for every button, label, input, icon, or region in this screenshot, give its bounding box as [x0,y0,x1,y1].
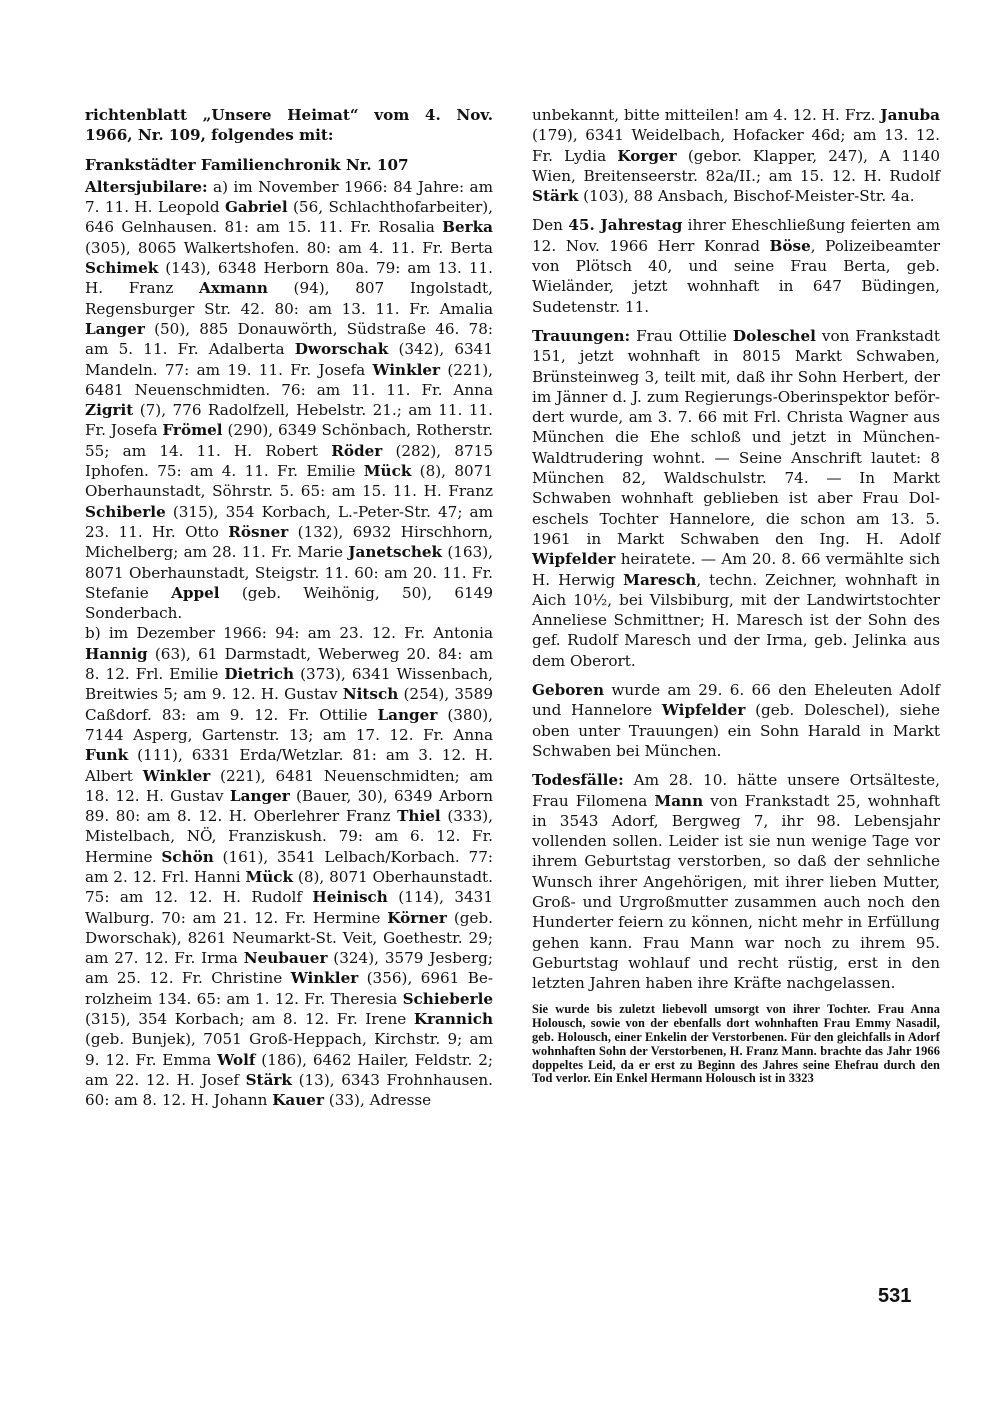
bold-text: 45. Jahrestag [568,216,682,234]
text-run: von Frank­stadt 25, wohnhaft in 3543 Ado… [532,792,940,993]
bold-text: Krannich [414,1010,493,1028]
bold-text: richtenblatt „Unsere Heimat“ vom 4. Nov.… [85,106,493,144]
paragraph: b) im Dezember 1966: 94: am 23. 12. Fr. … [85,623,493,1110]
bold-text: Rösner [228,523,288,541]
bold-text: Janetschek [348,543,442,561]
bold-text: Geboren [532,681,604,699]
bold-text: Langer [377,706,437,724]
bold-text: Schön [161,848,213,866]
bold-text: Nitsch [343,685,399,703]
bold-text: Mück [245,868,293,886]
right-column: unbekannt, bitte mitteilen! am 4. 12. H.… [532,105,940,1095]
paragraph: Den 45. Jahrestag ihrer Eheschließung fe… [532,215,940,316]
bold-text: Wolf [217,1051,255,1069]
text-run: b) im Dezember 1966: 94: am 23. 12. Fr. … [85,624,493,642]
paragraph: Geboren wurde am 29. 6. 66 den Eheleuten… [532,680,940,761]
bold-text: Thiel [397,807,441,825]
bold-text: Korger [617,147,676,165]
bold-text: Mück [364,462,412,480]
bold-text: Maresch [623,571,696,589]
text-run: (315), 354 Korbach; am 8. 12. Fr. Irene [85,1010,414,1028]
paragraph: unbekannt, bitte mitteilen! am 4. 12. H.… [532,105,940,206]
bold-text: Trauungen: [532,327,630,345]
bold-text: Hannig [85,645,148,663]
bold-text: Zigrit [85,401,133,419]
bold-text: Röder [331,442,382,460]
paragraph: Todesfälle: Am 28. 10. hätte unsere Orts… [532,770,940,993]
bold-text: Dworschak [295,340,389,358]
bold-text: Frömel [162,421,222,439]
bold-text: Langer [230,787,290,805]
left-column: richtenblatt „Unsere Heimat“ vom 4. Nov.… [85,105,493,1120]
text-run: Frau Ottilie [630,327,733,345]
text-run: unbekannt, bitte mitteilen! am 4. 12. H.… [532,106,880,124]
bold-text: Januba [880,106,940,124]
text-run: (305), 8065 Walkertshofen. 80: am 4. 11.… [85,239,493,257]
bold-text: Wipfelder [662,701,745,719]
page-number: 531 [878,1285,911,1308]
bold-text: Körner [387,909,447,927]
paragraph: Frankstädter Familienchronik Nr. 107 [85,155,493,175]
bold-text: Langer [85,320,145,338]
bold-text: Winkler [372,361,440,379]
bold-text: Stärk [532,187,578,205]
text-run: Den [532,216,568,234]
text-run: (103), 88 Ansbach, Bischof-Meister-Str. … [578,187,914,205]
bold-text: Winkler [143,767,211,785]
text-run: von Frankstadt 151, jetzt wohnhaft in 80… [532,327,940,548]
bold-text: Schieberle [403,990,493,1008]
bold-text: Stärk [246,1071,292,1089]
bold-text: Gabriel [225,198,288,216]
text-run: (33), Adresse [324,1091,431,1109]
bold-text: Mann [654,792,703,810]
bold-text: Böse [770,237,811,255]
bold-text: Doleschel [733,327,816,345]
bold-text: Todesfälle: [532,771,624,789]
paragraph: richtenblatt „Unsere Heimat“ vom 4. Nov.… [85,105,493,146]
text-run: Sie wurde bis zuletzt liebevoll umsorgt … [532,1002,940,1085]
bold-text: Kauer [272,1091,324,1109]
bold-text: Winkler [291,969,359,987]
bold-text: Heinisch [312,888,387,906]
bold-text: Funk [85,746,128,764]
bold-text: Schimek [85,259,158,277]
bold-text: Dietrich [224,665,294,683]
bold-text: Frankstädter Familienchronik Nr. 107 [85,156,409,174]
bold-text: Neubauer [244,949,328,967]
bold-text: Axmann [199,279,268,297]
paragraph: Sie wurde bis zuletzt liebevoll umsorgt … [532,1003,940,1086]
bold-text: Schiberle [85,503,166,521]
bold-text: Appel [171,584,219,602]
bold-text: Wipfelder [532,550,615,568]
bold-text: Altersjubilare: [85,178,208,196]
paragraph: Altersjubilare: a) im November 1966: 84 … [85,177,493,624]
paragraph: Trauungen: Frau Ottilie Doleschel von Fr… [532,326,940,671]
bold-text: Berka [442,218,493,236]
